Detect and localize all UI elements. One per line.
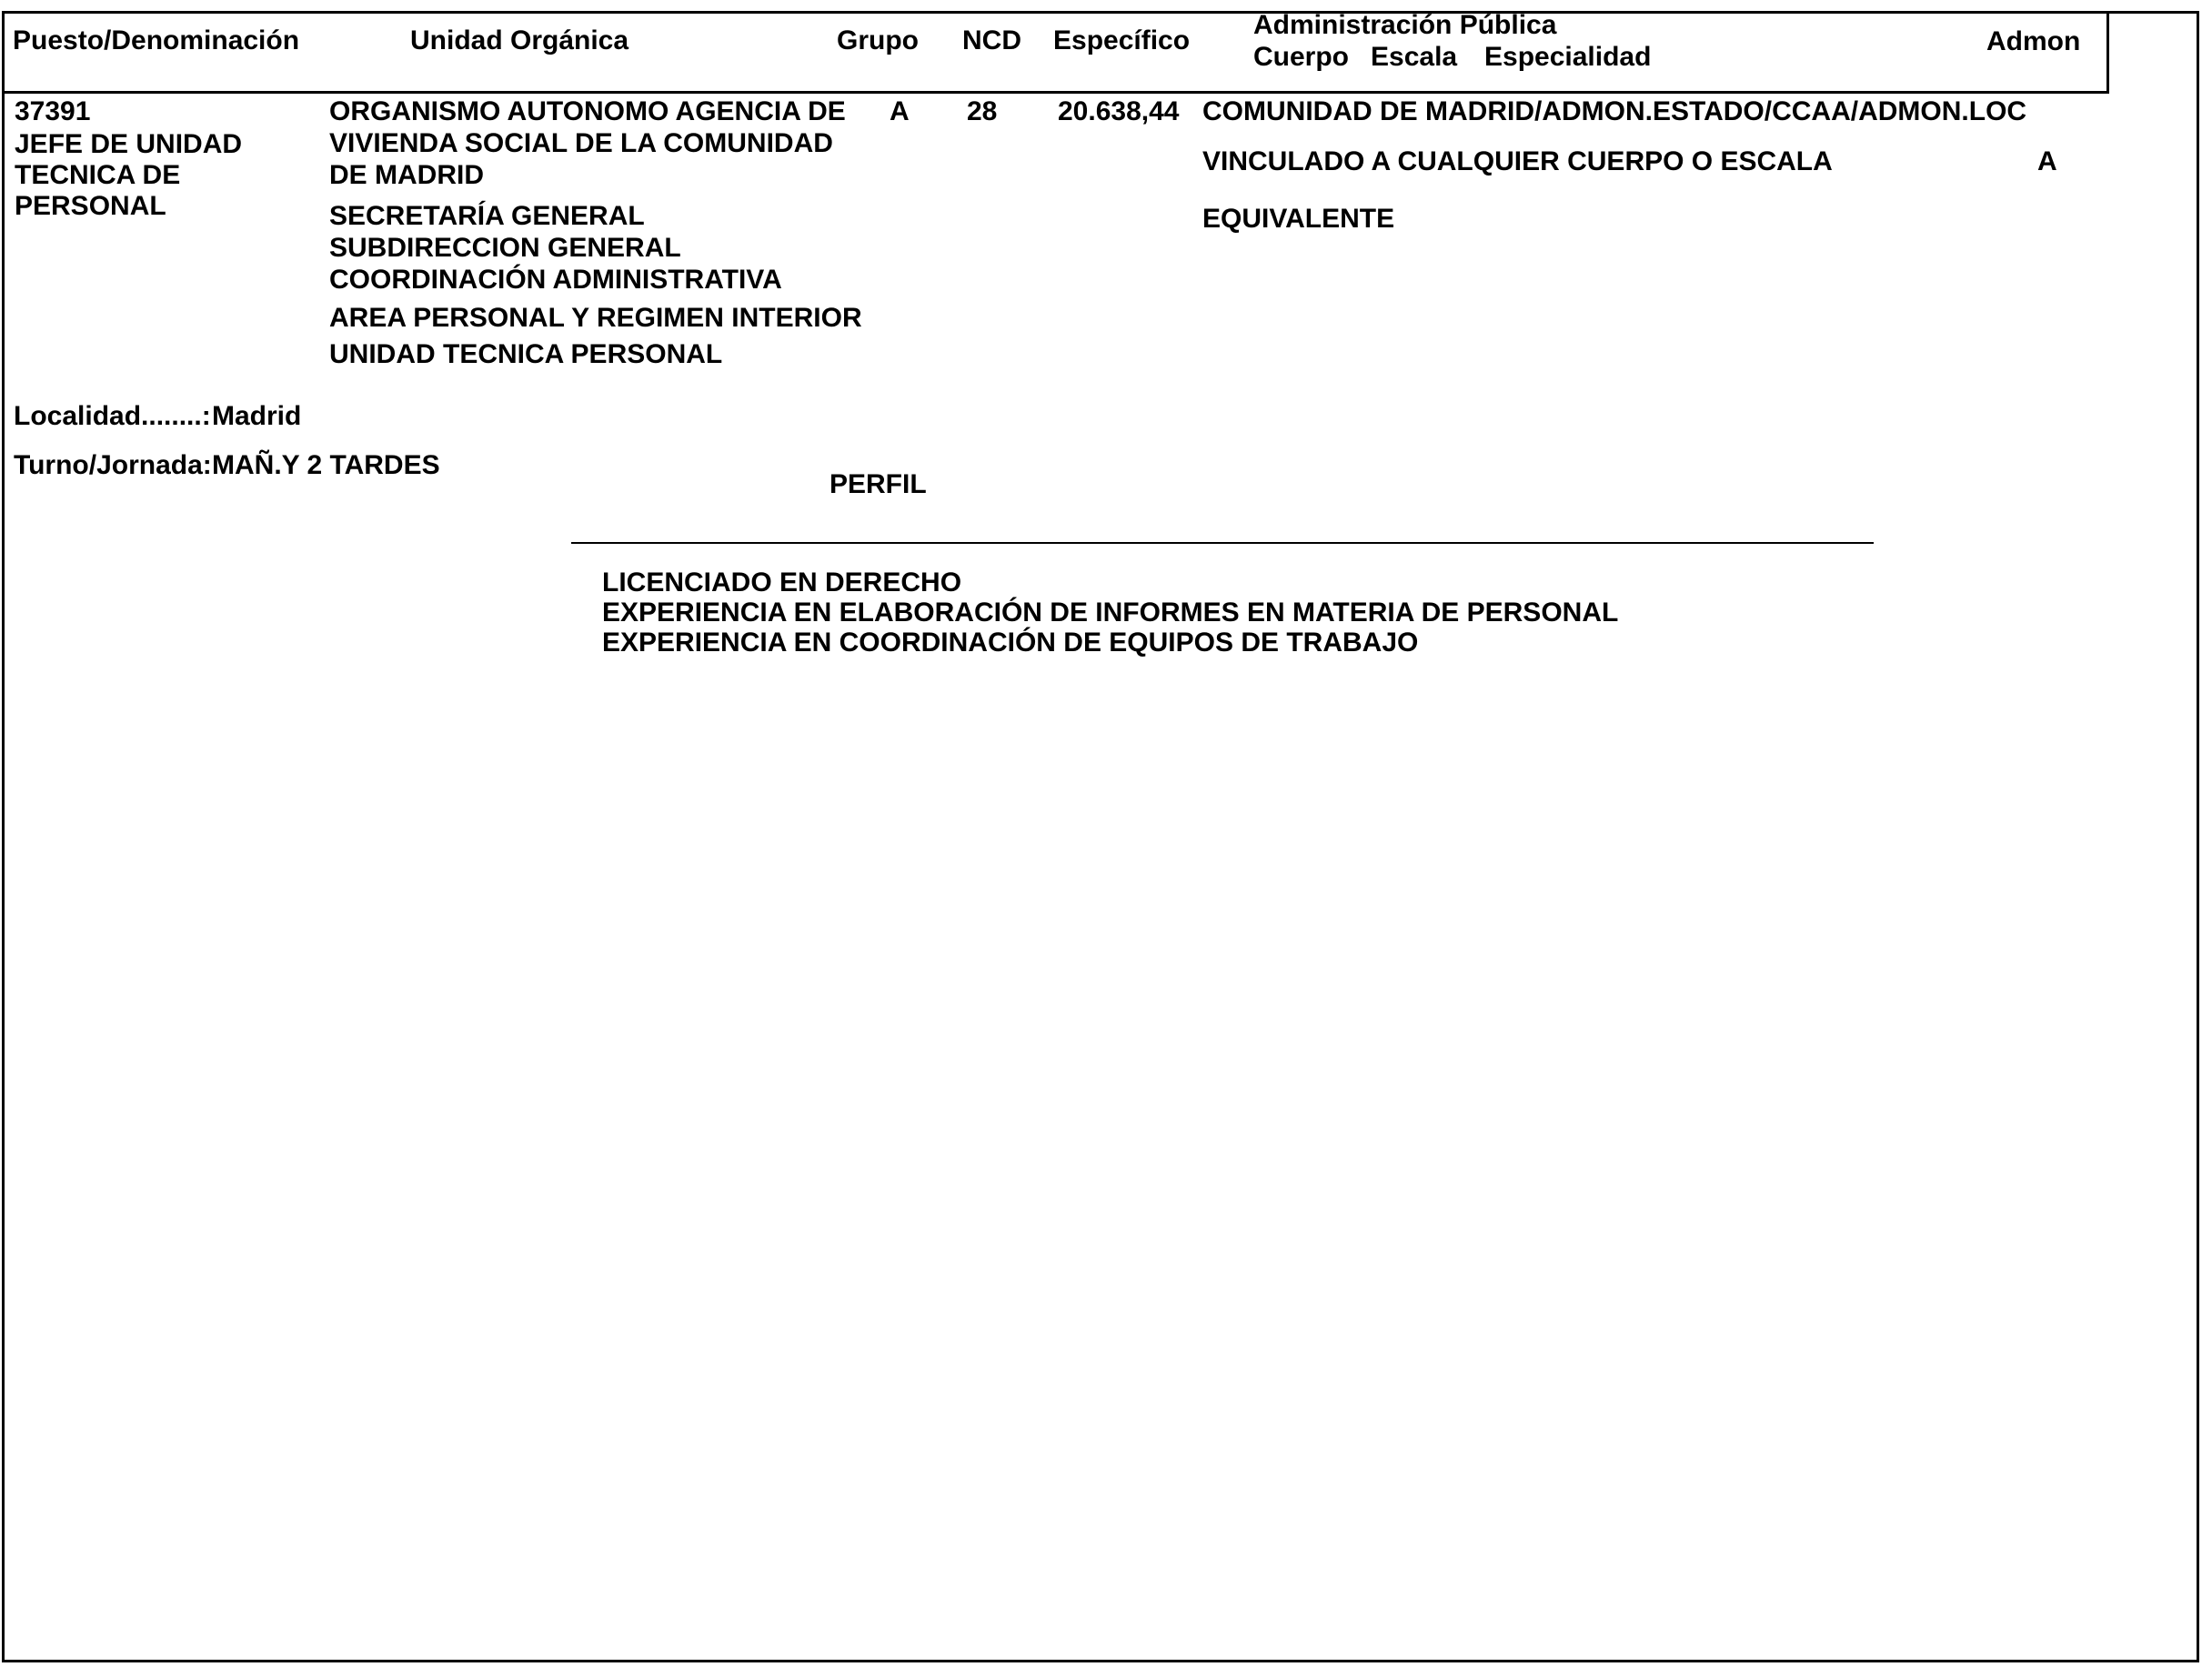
valor-grupo: A [890, 98, 910, 126]
perfil-line: EXPERIENCIA EN COORDINACIÓN DE EQUIPOS D… [602, 628, 1618, 658]
column-header-ncd: NCD [962, 27, 1021, 55]
perfil-title: PERFIL [829, 471, 927, 498]
puesto-denominacion-line: JEFE DE UNIDAD [15, 129, 242, 160]
column-header-admon: Admon [1986, 28, 2080, 55]
puesto-denominacion-line: PERSONAL [15, 191, 242, 222]
unidad-organica-line: DE MADRID [329, 162, 484, 189]
column-header-escala: Escala [1371, 44, 1457, 71]
unidad-organica-line: ORGANISMO AUTONOMO AGENCIA DE [329, 98, 846, 126]
unidad-organica-line: COORDINACIÓN ADMINISTRATIVA [329, 266, 782, 294]
cuerpo-escala-line: EQUIVALENTE [1202, 206, 1394, 233]
cuerpo-escala-line: COMUNIDAD DE MADRID/ADMON.ESTADO/CCAA/AD… [1202, 98, 2026, 126]
unidad-organica-line: UNIDAD TECNICA PERSONAL [329, 341, 722, 368]
column-header-unidad-organica: Unidad Orgánica [410, 27, 628, 55]
valor-especifico: 20.638,44 [1058, 98, 1179, 126]
turno-jornada-label: Turno/Jornada: [14, 452, 212, 479]
unidad-organica-line: SECRETARÍA GENERAL [329, 203, 645, 230]
localidad-label: Localidad........: [14, 403, 211, 430]
turno-jornada-value: MAÑ.Y 2 TARDES [212, 452, 440, 479]
perfil-lines-block: LICENCIADO EN DERECHO EXPERIENCIA EN ELA… [602, 567, 1618, 658]
puesto-denominacion-line: TECNICA DE [15, 160, 242, 191]
valor-admon: A [2037, 148, 2057, 176]
header-right-divider [2106, 11, 2109, 94]
column-header-puesto-denominacion: Puesto/Denominación [13, 27, 299, 55]
job-listing-page: Puesto/Denominación Unidad Orgánica Grup… [0, 0, 2212, 1677]
header-bottom-rule [2, 91, 2108, 94]
column-header-cuerpo: Cuerpo [1253, 44, 1349, 71]
column-header-administracion-publica: Administración Pública [1253, 12, 1556, 39]
column-header-especifico: Específico [1053, 27, 1190, 55]
perfil-line: EXPERIENCIA EN ELABORACIÓN DE INFORMES E… [602, 597, 1618, 628]
puesto-denominacion: JEFE DE UNIDAD TECNICA DE PERSONAL [15, 129, 242, 222]
cuerpo-escala-line: VINCULADO A CUALQUIER CUERPO O ESCALA [1202, 148, 1833, 176]
unidad-organica-line: VIVIENDA SOCIAL DE LA COMUNIDAD [329, 130, 833, 157]
localidad-value: Madrid [212, 403, 301, 430]
unidad-organica-line: SUBDIRECCION GENERAL [329, 235, 681, 262]
column-header-especialidad: Especialidad [1484, 44, 1651, 71]
perfil-separator-rule [571, 542, 1874, 544]
puesto-codigo: 37391 [15, 98, 90, 126]
column-header-grupo: Grupo [837, 27, 919, 55]
unidad-organica-line: AREA PERSONAL Y REGIMEN INTERIOR [329, 305, 862, 332]
perfil-line: LICENCIADO EN DERECHO [602, 567, 1618, 597]
valor-ncd: 28 [967, 98, 997, 126]
